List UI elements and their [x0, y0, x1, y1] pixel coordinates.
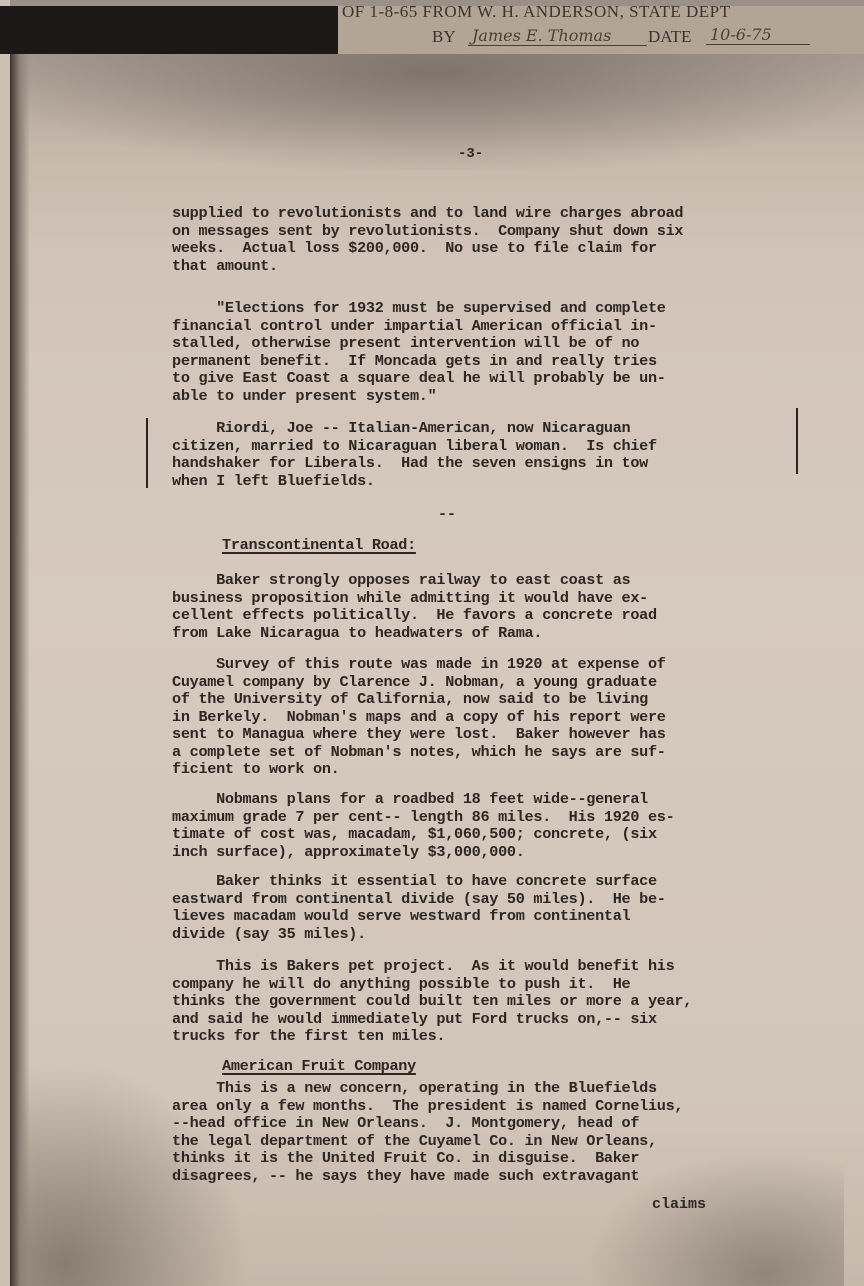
scan-shading-top [10, 50, 864, 170]
page-left-edge [10, 50, 30, 1286]
stamp-authority-line: OF 1-8-65 FROM W. H. ANDERSON, STATE DEP… [342, 2, 730, 22]
paragraph-american-fruit: This is a new concern, operating in the … [172, 1080, 792, 1185]
margin-bracket-left [146, 418, 148, 488]
catchword: claims [652, 1196, 706, 1213]
paragraph-survey: Survey of this route was made in 1920 at… [172, 656, 792, 779]
heading-transcontinental-road: Transcontinental Road: [222, 537, 842, 555]
paragraph-concrete-surface: Baker thinks it essential to have concre… [172, 873, 792, 943]
declassification-stamp: OF 1-8-65 FROM W. H. ANDERSON, STATE DEP… [338, 6, 864, 54]
section-separator: -- [438, 506, 456, 523]
paragraph-pet-project: This is Bakers pet project. As it would … [172, 958, 792, 1046]
redaction-bar [0, 6, 338, 54]
margin-bracket-right [796, 408, 798, 474]
paragraph-baker-railway: Baker strongly opposes railway to east c… [172, 572, 792, 642]
page-number: -3- [458, 146, 483, 162]
heading-american-fruit-company: American Fruit Company [222, 1058, 842, 1076]
paragraph-elections-quote: "Elections for 1932 must be supervised a… [172, 300, 792, 405]
paragraph-riordi: Riordi, Joe -- Italian-American, now Nic… [172, 420, 792, 490]
stamp-date-label: DATE [648, 27, 691, 47]
stamp-signature: James E. Thomas [468, 26, 647, 46]
stamp-by-label: BY [432, 27, 456, 47]
stamp-date-value: 10-6-75 [706, 25, 810, 45]
paragraph-revolutionists-loss: supplied to revolutionists and to land w… [172, 205, 792, 275]
paragraph-nobman-plans: Nobmans plans for a roadbed 18 feet wide… [172, 791, 792, 861]
